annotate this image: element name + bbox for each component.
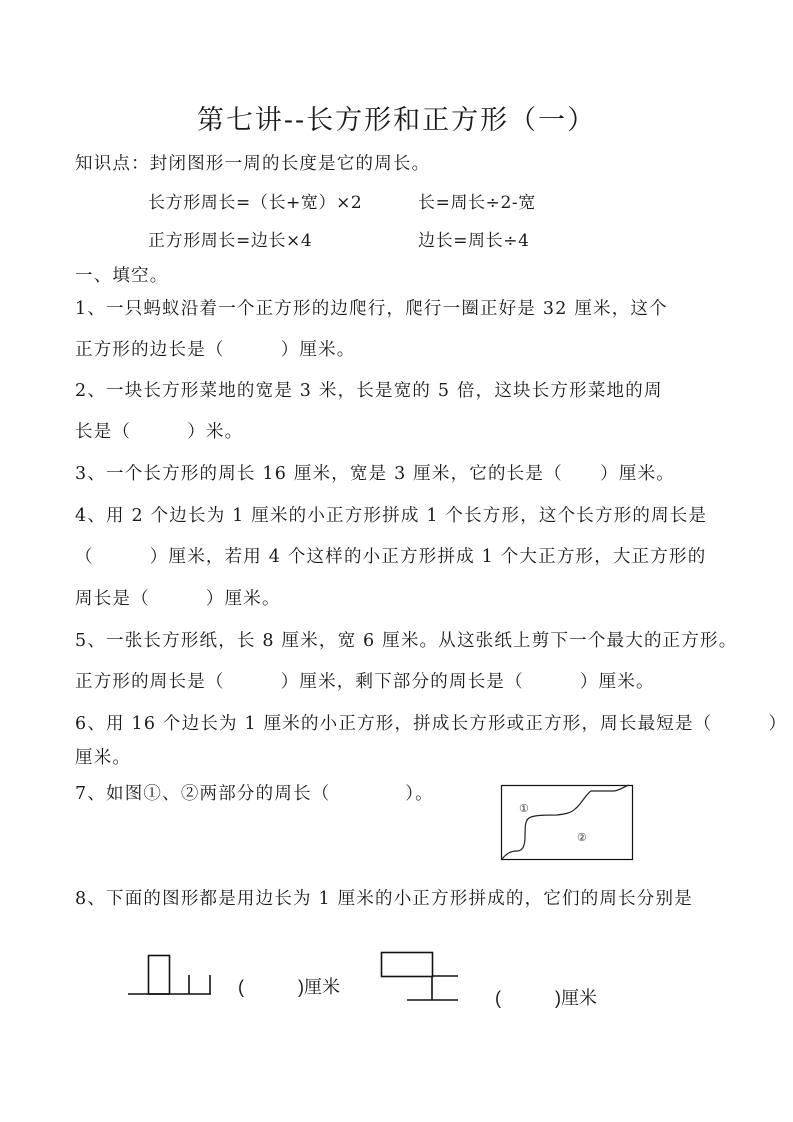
question-8-shape-2 [0, 0, 793, 1122]
question-8-shape-2-answer: ( )厘米 [495, 984, 597, 1010]
